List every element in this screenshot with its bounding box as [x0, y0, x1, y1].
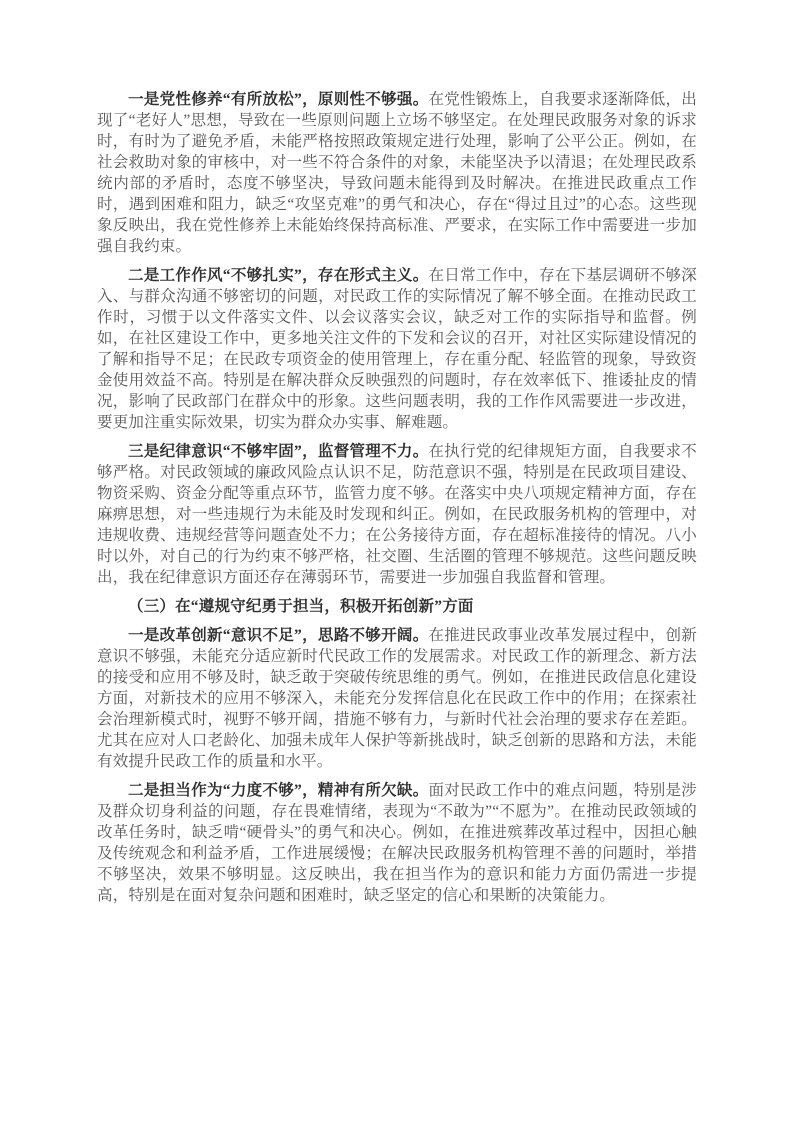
paragraph: 一是党性修养“有所放松”，原则性不够强。在党性锻炼上，自我要求逐渐降低，出现了“…: [97, 89, 697, 257]
paragraph-lead: 三是纪律意识“不够牢固”，监督管理不力。: [128, 443, 429, 460]
section-heading-text: （三）在“遵规守纪勇于担当，积极开拓创新”方面: [128, 598, 474, 615]
paragraph: 一是改革创新“意识不足”，思路不够开阔。在推进民政事业改革发展过程中，创新意识不…: [97, 625, 697, 772]
paragraph: 二是工作作风“不够扎实”，存在形式主义。在日常工作中，存在下基层调研不够深入、与…: [97, 265, 697, 433]
document-page: 一是党性修养“有所放松”，原则性不够强。在党性锻炼上，自我要求逐渐降低，出现了“…: [0, 0, 793, 1122]
paragraph-body: 在党性锻炼上，自我要求逐渐降低，出现了“老好人”思想，导致在一些原则问题上立场不…: [97, 91, 697, 255]
paragraph-body: 在日常工作中，存在下基层调研不够深入、与群众沟通不够密切的问题，对民政工作的实际…: [97, 267, 697, 431]
paragraph-body: 面对民政工作中的难点问题，特别是涉及群众切身利益的问题，存在畏难情绪，表现为“不…: [97, 782, 697, 904]
section-heading: （三）在“遵规守纪勇于担当，积极开拓创新”方面: [97, 596, 697, 617]
paragraph-lead: 一是改革创新“意识不足”，思路不够开阔。: [128, 627, 429, 644]
paragraph-body: 在执行党的纪律规矩方面，自我要求不够严格。对民政领域的廉政风险点认识不足，防范意…: [97, 443, 697, 586]
paragraph-lead: 二是担当作为“力度不够”，精神有所欠缺。: [128, 782, 429, 799]
paragraph: 三是纪律意识“不够牢固”，监督管理不力。在执行党的纪律规矩方面，自我要求不够严格…: [97, 441, 697, 588]
paragraph-lead: 一是党性修养“有所放松”，原则性不够强。: [128, 91, 429, 108]
paragraph: 二是担当作为“力度不够”，精神有所欠缺。面对民政工作中的难点问题，特别是涉及群众…: [97, 780, 697, 906]
paragraph-lead: 二是工作作风“不够扎实”，存在形式主义。: [128, 267, 429, 284]
document-body: 一是党性修养“有所放松”，原则性不够强。在党性锻炼上，自我要求逐渐降低，出现了“…: [97, 89, 697, 914]
paragraph-body: 在推进民政事业改革发展过程中，创新意识不够强，未能充分适应新时代民政工作的发展需…: [97, 627, 697, 770]
